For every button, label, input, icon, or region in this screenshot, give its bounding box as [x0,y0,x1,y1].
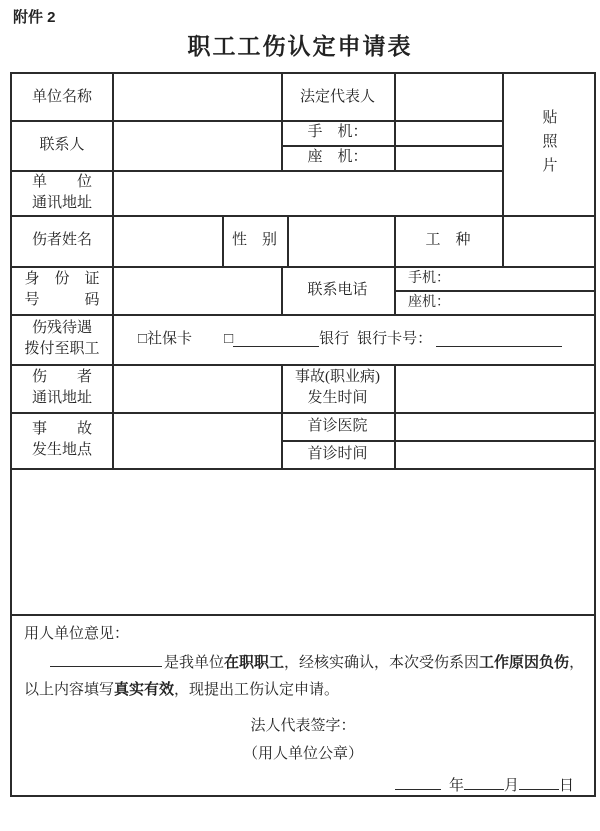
accident-time-label-line1: 事故(职业病) [295,367,380,388]
legal-representative-label: 法定代表人 [281,74,394,120]
benefit-payment-label: 伤残待遇拨付至职工 [12,314,112,364]
first-hospital-label: 首诊医院 [281,412,394,440]
gender-value-cell [287,215,394,266]
date-line: 年月日 [395,774,574,795]
id-number-label-line1: 身 份 证 [24,269,99,290]
unit-name-label: 单位名称 [12,74,112,120]
mobile-label: 手 机： [281,120,394,145]
employer-seal-label: （用人单位公章） [12,742,594,763]
injured-address-label-line2: 通讯地址 [32,388,92,409]
attachment-label: 附件 2 [13,6,56,27]
mobile-value-cell [394,120,502,145]
accident-place-label-line2: 发生地点 [32,440,92,461]
bank-suffix-label: 银行 [319,329,349,350]
accident-time-value-cell [394,364,594,412]
unit-address-value-cell [112,170,502,215]
accident-time-label: 事故(职业病)发生时间 [281,364,394,412]
gender-label: 性 别 [222,215,287,266]
contact-person-value-cell [112,120,281,170]
landline-value-cell [394,145,502,170]
bank-card-number-label: 银行卡号： [357,329,432,350]
id-number-value-cell [112,266,281,314]
opinion-text: 是我单位 [164,655,224,671]
unit-name-value-cell [112,74,281,120]
benefit-payment-content: □社保卡 □ 银行 银行卡号： [112,314,594,364]
accident-place-value-cell [112,412,281,468]
opinion-paragraph-line1: 是我单位在职职工，经核实确认，本次受伤系因工作原因负伤， [24,650,586,677]
year-blank-line [395,774,441,790]
page-title: 职工工伤认定申请表 [0,28,600,61]
injured-name-value-cell [112,215,222,266]
employer-opinion-section: 用人单位意见： 是我单位在职职工，经核实确认，本次受伤系因工作原因负伤， 以上内… [12,614,594,795]
phone-landline-cell: 座机： [394,290,600,314]
month-blank-line [464,774,504,790]
social-card-checkbox: □社保卡 [138,329,192,350]
opinion-text: 以上内容填写 [24,682,114,698]
injured-address-value-cell [112,364,281,412]
employer-opinion-heading: 用人单位意见： [24,622,129,643]
unit-address-label: 单 位通讯地址 [12,170,112,215]
id-number-label-line2: 号 码 [24,290,99,311]
first-time-value-cell [394,440,594,468]
injured-address-label: 伤 者通讯地址 [12,364,112,412]
opinion-bold-text: 真实有效 [114,682,174,698]
photo-paste-cell: 贴照片 [502,74,594,215]
id-number-label: 身 份 证号 码 [12,266,112,314]
contact-phone-label: 联系电话 [281,266,394,314]
benefit-payment-label-line2: 拨付至职工 [24,339,99,360]
day-blank-line [519,774,559,790]
blank-notes-area [12,468,594,614]
opinion-paragraph-line2: 以上内容填写真实有效，现提出工伤认定申请。 [24,677,586,704]
bank-name-blank-line [233,331,319,347]
year-label: 年 [449,778,464,794]
unit-address-label-line2: 通讯地址 [32,193,92,214]
bank-card-number-blank-line [436,331,562,347]
unit-address-label-line1: 单 位 [32,172,92,193]
landline-label: 座 机： [281,145,394,170]
opinion-text: ， [569,655,584,671]
day-label: 日 [559,778,574,794]
legal-rep-signature-label: 法人代表签字： [12,714,594,735]
job-type-value-cell [502,215,594,266]
phone-mobile-cell: 手机： [394,266,600,290]
employee-name-blank-line [50,651,162,667]
opinion-text: ，现提出工伤认定申请。 [174,682,339,698]
accident-place-label: 事 故发生地点 [12,412,112,468]
benefit-payment-label-line1: 伤残待遇 [24,318,99,339]
first-hospital-value-cell [394,412,594,440]
opinion-text: ，经核实确认，本次受伤系因 [284,655,479,671]
injured-name-label: 伤者姓名 [12,215,112,266]
opinion-bold-text: 工作原因负伤 [479,655,569,671]
accident-time-label-line2: 发生时间 [295,388,380,409]
contact-person-label: 联系人 [12,120,112,170]
month-label: 月 [504,778,519,794]
job-type-label: 工 种 [394,215,502,266]
injured-address-label-line1: 伤 者 [32,367,92,388]
accident-place-label-line1: 事 故 [32,419,92,440]
opinion-bold-text: 在职职工 [224,655,284,671]
application-form-table: 单位名称 法定代表人 贴照片 联系人 手 机： 座 机： 单 位通讯地址 伤者姓… [10,72,596,797]
employer-opinion-paragraph: 是我单位在职职工，经核实确认，本次受伤系因工作原因负伤， 以上内容填写真实有效，… [24,650,586,704]
bank-checkbox: □ [224,329,233,350]
first-time-label: 首诊时间 [281,440,394,468]
legal-representative-value-cell [394,74,502,120]
